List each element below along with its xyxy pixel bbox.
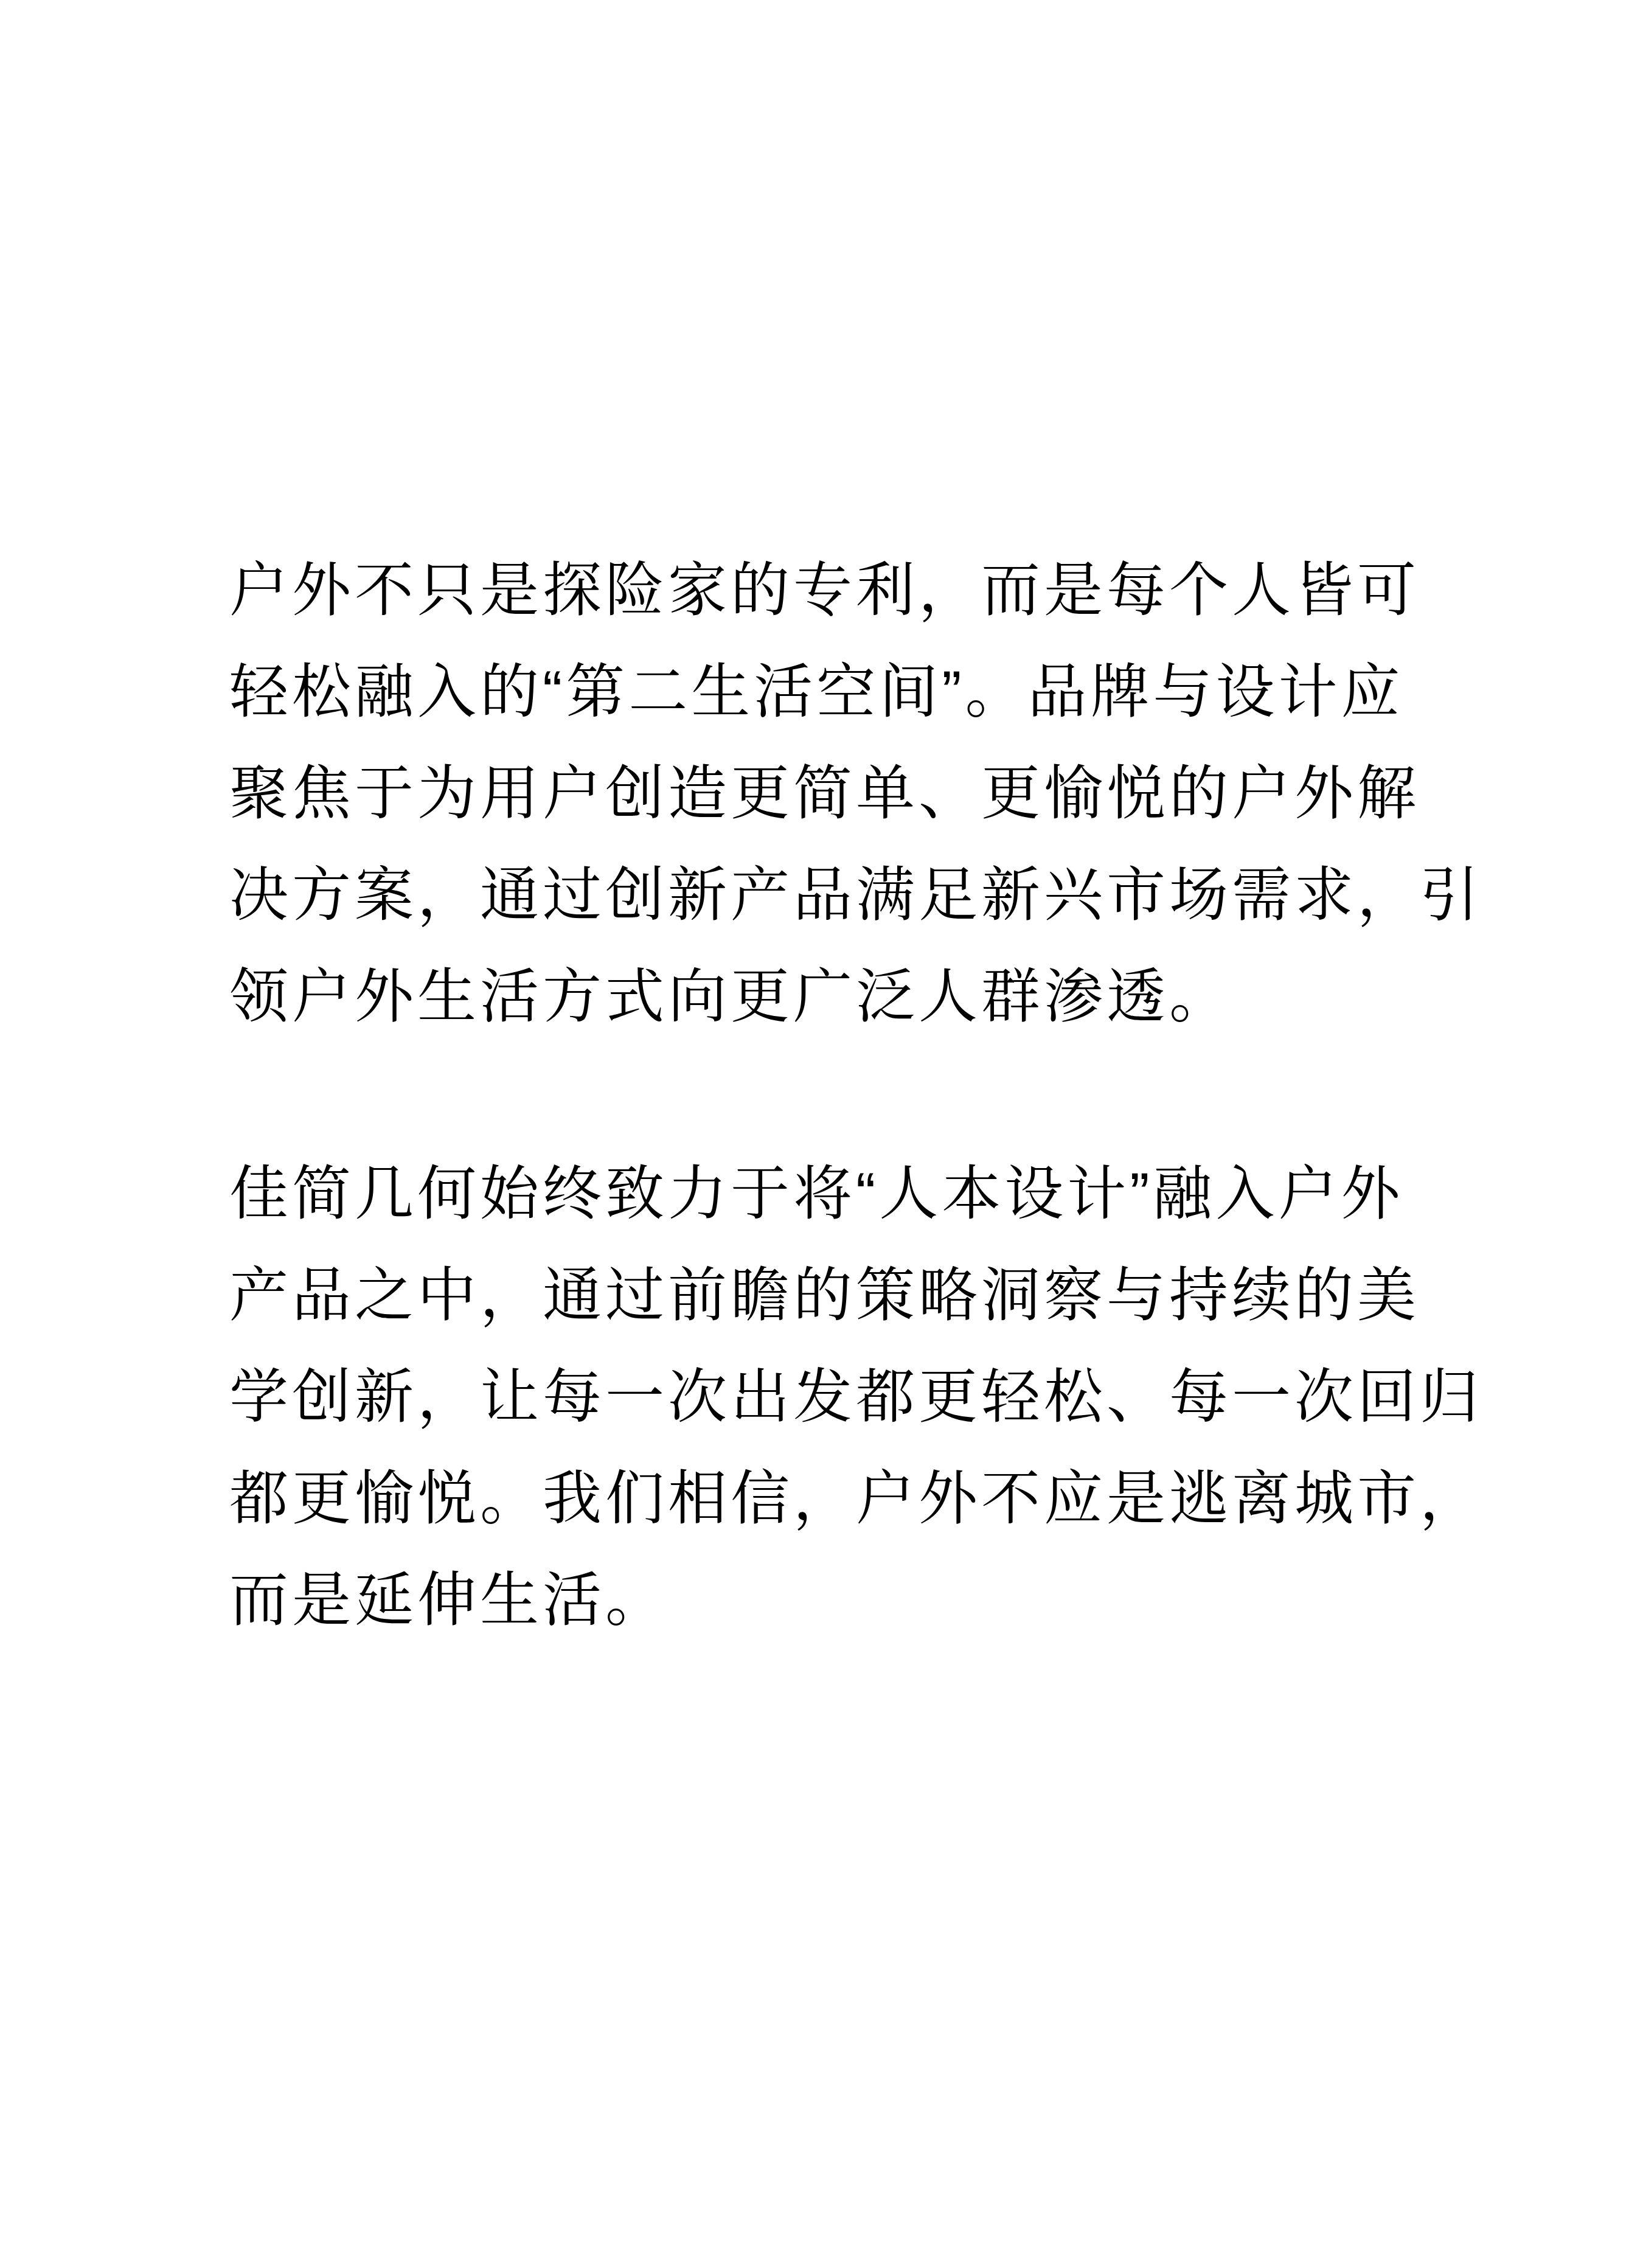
paragraph-1-line-1: 户外不只是探险家的专利，而是每个人皆可 [229, 539, 1464, 641]
paragraph-outdoor-vision: 户外不只是探险家的专利，而是每个人皆可 轻松融入的“第二生活空间”。品牌与设计应… [229, 539, 1464, 1047]
paragraph-2-line-5: 而是延伸生活。 [229, 1549, 1464, 1651]
paragraph-brand-philosophy: 佳简几何始终致力于将“人本设计”融入户外 产品之中，通过前瞻的策略洞察与持续的美… [229, 1143, 1464, 1651]
paragraph-2-line-4: 都更愉悦。我们相信，户外不应是逃离城市， [229, 1447, 1464, 1549]
paragraph-1-line-2: 轻松融入的“第二生活空间”。品牌与设计应 [229, 641, 1464, 742]
paragraph-1-line-3: 聚焦于为用户创造更简单、更愉悦的户外解 [229, 742, 1464, 844]
body-text-block: 户外不只是探险家的专利，而是每个人皆可 轻松融入的“第二生活空间”。品牌与设计应… [229, 539, 1464, 1651]
paragraph-2-line-3: 学创新，让每一次出发都更轻松、每一次回归 [229, 1346, 1464, 1447]
paragraph-1-line-4: 决方案，通过创新产品满足新兴市场需求，引 [229, 844, 1464, 945]
paragraph-2-line-2: 产品之中，通过前瞻的策略洞察与持续的美 [229, 1244, 1464, 1346]
paragraph-2-line-1: 佳简几何始终致力于将“人本设计”融入户外 [229, 1143, 1464, 1244]
paragraph-1-line-5: 领户外生活方式向更广泛人群渗透。 [229, 945, 1464, 1047]
